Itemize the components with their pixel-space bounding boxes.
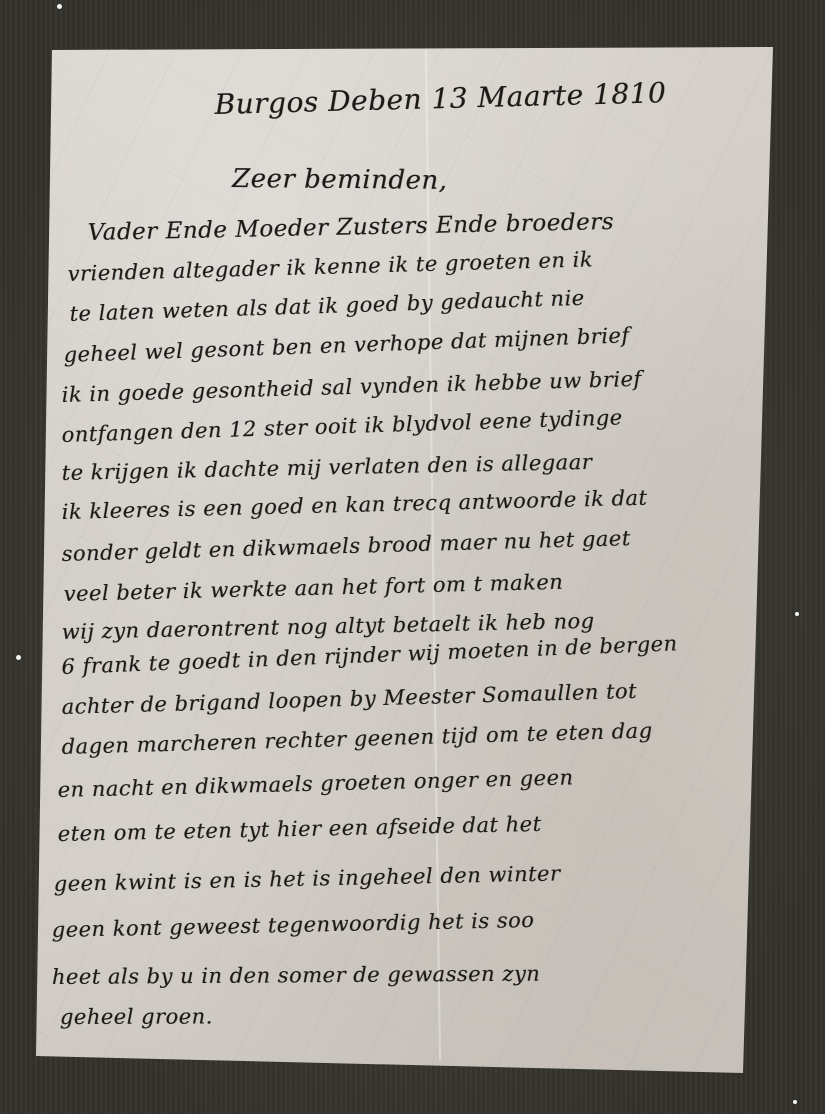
letter-salutation: Zeer beminden, <box>232 164 448 196</box>
dust-speck <box>16 655 21 660</box>
letter-line: en nacht en dikwmaels groeten onger en g… <box>57 765 573 802</box>
letter-line: geen kont geweest tegenwoordig het is so… <box>51 908 534 942</box>
letter-line: ik kleeres is een goed en kan trecq antw… <box>61 486 647 524</box>
letter-line: geheel wel gesont ben en verhope dat mij… <box>63 323 630 367</box>
dust-speck <box>795 612 799 616</box>
letter-line: veel beter ik werkte aan het fort om t m… <box>63 570 563 606</box>
dust-speck <box>57 4 62 9</box>
letter-line: te laten weten als dat ik goed by gedauc… <box>69 286 585 326</box>
letter-line: vrienden altegader ik kenne ik te groete… <box>67 247 593 286</box>
letter-line: achter de brigand loopen by Meester Soma… <box>61 679 637 719</box>
letter-place-date: Burgos Deben 13 Maarte 1810 <box>214 76 667 121</box>
letter-line: Vader Ende Moeder Zusters Ende broeders <box>87 209 614 246</box>
letter-line: te krijgen ik dachte mij verlaten den is… <box>61 450 592 485</box>
letter-line: ontfangen den 12 ster ooit ik blydvol ee… <box>61 405 623 447</box>
letter-line: dagen marcheren rechter geenen tijd om t… <box>61 719 653 759</box>
letter-line: heet als by u in den somer de gewassen z… <box>52 962 541 989</box>
dust-speck <box>793 1100 797 1104</box>
letter-line: ik in goede gesontheid sal vynden ik heb… <box>61 367 642 407</box>
letter-line: geheel groen. <box>60 1004 213 1029</box>
letter-paper: Burgos Deben 13 Maarte 1810 Zeer beminde… <box>0 0 825 1114</box>
letter-line: geen kwint is en is het is ingeheel den … <box>53 861 560 896</box>
letter-line: eten om te eten tyt hier een afseide dat… <box>57 812 541 846</box>
letter-line: sonder geldt en dikwmaels brood maer nu … <box>61 526 631 566</box>
